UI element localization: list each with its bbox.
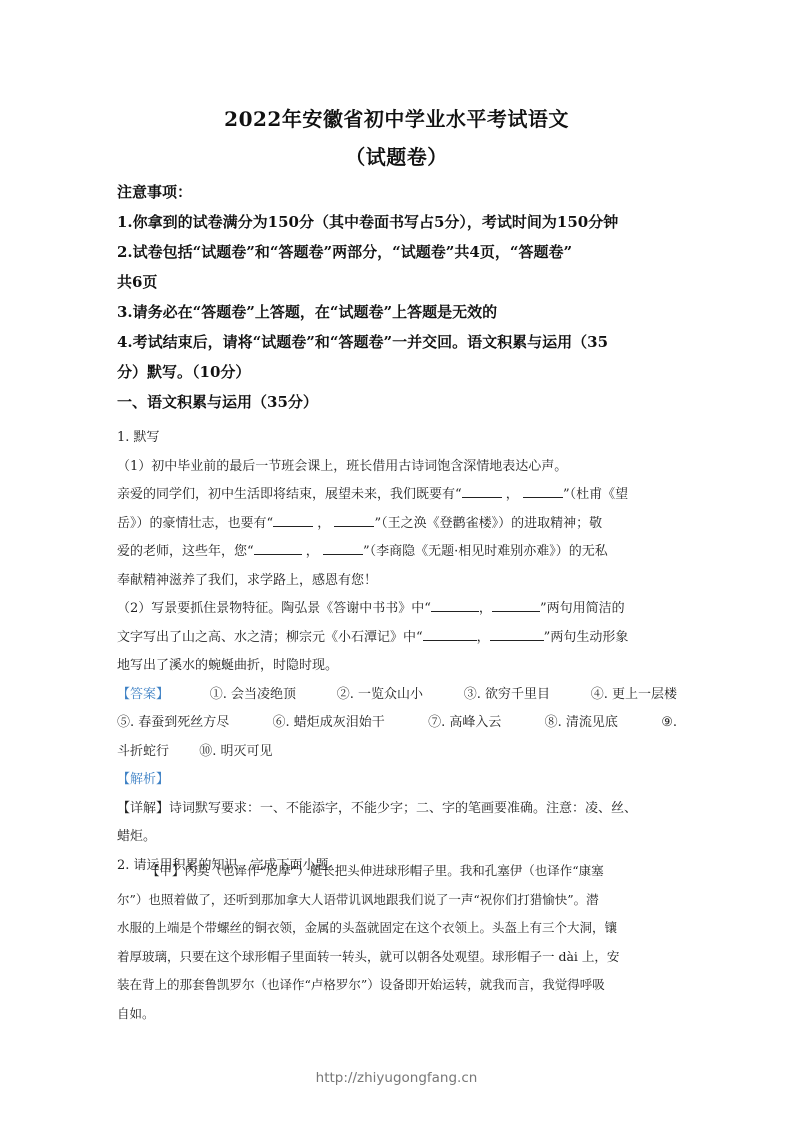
answer-item: ⑨. — [661, 709, 677, 738]
passage-line: 自如。 — [117, 1000, 677, 1029]
text: 亲爱的同学们，初中生活即将结束，展望未来，我们既要有“ — [117, 487, 462, 502]
answer-row-2: ⑤. 春蚕到死丝方尽 ⑥. 蜡炬成灰泪始干 ⑦. 高峰入云 ⑧. 清流见底 ⑨. — [117, 709, 677, 738]
answer-blank-7[interactable] — [431, 597, 479, 612]
passage-line: 水服的上端是个带螺丝的铜衣领，金属的头盔就固定在这个衣领上。头盔上有三个大洞，镶 — [117, 914, 677, 943]
answer-blank-5[interactable] — [254, 540, 302, 555]
reading-passage-jia: 【甲】内莫（也译作“尼摩”）艇长把头伸进球形帽子里。我和孔塞伊（也译作“康塞 尔… — [117, 857, 677, 1028]
text: ”两句用简洁的 — [540, 601, 625, 616]
answer-item: ①. 会当凌绝顶 — [210, 681, 296, 710]
analysis-label: 【解析】 — [117, 766, 677, 795]
page-subtitle: （试题卷） — [0, 141, 793, 170]
q1-part1-line4: 奉献精神滋养了我们，求学路上，感恩有您！ — [117, 567, 677, 596]
answer-blank-8[interactable] — [492, 597, 540, 612]
q1-part1-intro: （1）初中毕业前的最后一节班会课上，班长借用古诗词饱含深情地表达心声。 — [117, 453, 677, 482]
answer-item: ⑤. 春蚕到死丝方尽 — [117, 709, 229, 738]
notice-item-1: 1.你拿到的试卷满分为150分（其中卷面书写占5分），考试时间为150分钟 — [117, 207, 683, 237]
passage-line: 着厚玻璃，只要在这个球形帽子里面转一转头，就可以朝各处观望。球形帽子一 dài … — [117, 943, 677, 972]
answer-blank-2[interactable] — [523, 483, 563, 498]
answer-item: ②. 一览众山小 — [337, 681, 423, 710]
notice-item-4: 4.考试结束后，请将“试题卷”和“答题卷”一并交回。语文积累与运用（35 — [117, 327, 683, 357]
notice-heading: 注意事项： — [117, 177, 683, 207]
text: ”两句生动形象 — [544, 630, 629, 645]
section-heading: 一、语文积累与运用（35分） — [117, 387, 683, 417]
detail-line-2: 蜡炬。 — [117, 823, 677, 852]
text: ”（王之涣《登鹳雀楼》）的进取精神；敬 — [374, 516, 602, 531]
q1-part1-line1: 亲爱的同学们，初中生活即将结束，展望未来，我们既要有“ ， ”（杜甫《望 — [117, 481, 677, 510]
answer-blank-1[interactable] — [462, 483, 502, 498]
answer-item: ⑧. 清流见底 — [545, 709, 618, 738]
answer-blank-10[interactable] — [490, 626, 544, 641]
exam-page: 2022年安徽省初中学业水平考试语文 （试题卷） 注意事项： 1.你拿到的试卷满… — [0, 0, 793, 1122]
separator: ， — [477, 630, 490, 645]
notice-block: 注意事项： 1.你拿到的试卷满分为150分（其中卷面书写占5分），考试时间为15… — [117, 177, 683, 417]
q1-part1-line3: 爱的老师，这些年，您“ ， ”（李商隐《无题·相见时难别亦难》）的无私 — [117, 538, 677, 567]
footer-url: http://zhiyugongfang.cn — [0, 1070, 793, 1086]
question-1-label: 1. 默写 — [117, 424, 677, 453]
answer-row-3: 斗折蛇行 ⑩. 明灭可见 — [117, 738, 677, 767]
question-1: 1. 默写 （1）初中毕业前的最后一节班会课上，班长借用古诗词饱含深情地表达心声… — [117, 424, 677, 880]
answer-item: ④. 更上一层楼 — [591, 681, 677, 710]
text: 爱的老师，这些年，您“ — [117, 544, 254, 559]
q1-part2-line1: （2）写景要抓住景物特征。陶弘景《答谢中书书》中“，”两句用简洁的 — [117, 595, 677, 624]
text: （2）写景要抓住景物特征。陶弘景《答谢中书书》中“ — [117, 601, 431, 616]
answer-item: ③. 欲穷千里目 — [464, 681, 550, 710]
detail-line-1: 【详解】诗词默写要求：一、不能添字，不能少字；二、字的笔画要准确。注意：凌、丝、 — [117, 795, 677, 824]
text: 文字写出了山之高、水之清；柳宗元《小石潭记》中“ — [117, 630, 423, 645]
notice-item-2-cont: 共6页 — [117, 267, 683, 297]
notice-item-2: 2.试卷包括“试题卷”和“答题卷”两部分，“试题卷”共4页，“答题卷” — [117, 237, 683, 267]
answer-label: 【答案】 — [117, 681, 169, 710]
answer-item: 斗折蛇行 — [117, 744, 169, 759]
text: ”（李商隐《无题·相见时难别亦难》）的无私 — [363, 544, 608, 559]
notice-item-4-cont: 分）默写。（10分） — [117, 357, 683, 387]
separator: ， — [479, 601, 492, 616]
text: 岳》）的豪情壮志，也要有“ — [117, 516, 273, 531]
answer-blank-4[interactable] — [334, 512, 374, 527]
separator: ， — [306, 544, 319, 559]
answer-item: ⑩. 明灭可见 — [199, 744, 272, 759]
text: ”（杜甫《望 — [563, 487, 628, 502]
separator: ， — [506, 487, 519, 502]
q1-part1-line2: 岳》）的豪情壮志，也要有“ ， ”（王之涣《登鹳雀楼》）的进取精神；敬 — [117, 510, 677, 539]
notice-item-3: 3.请务必在“答题卷”上答题，在“试题卷”上答题是无效的 — [117, 297, 683, 327]
answer-item: ⑥. 蜡炬成灰泪始干 — [273, 709, 385, 738]
passage-line: 【甲】内莫（也译作“尼摩”）艇长把头伸进球形帽子里。我和孔塞伊（也译作“康塞 — [117, 857, 677, 886]
answer-blank-6[interactable] — [323, 540, 363, 555]
answer-blank-3[interactable] — [273, 512, 313, 527]
answer-blank-9[interactable] — [423, 626, 477, 641]
passage-line: 装在背上的那套鲁凯罗尔（也译作“卢格罗尔”）设备即开始运转，就我而言，我觉得呼吸 — [117, 971, 677, 1000]
q1-part2-line3: 地写出了溪水的蜿蜒曲折，时隐时现。 — [117, 652, 677, 681]
page-title: 2022年安徽省初中学业水平考试语文 — [0, 103, 793, 132]
separator: ， — [317, 516, 330, 531]
q1-part2-line2: 文字写出了山之高、水之清；柳宗元《小石潭记》中“，”两句生动形象 — [117, 624, 677, 653]
passage-line: 尔”）也照着做了，还听到那加拿大人语带讥讽地跟我们说了一声“祝你们打猎愉快”。潜 — [117, 886, 677, 915]
answer-item: ⑦. 高峰入云 — [428, 709, 501, 738]
answer-row-1: 【答案】 ①. 会当凌绝顶 ②. 一览众山小 ③. 欲穷千里目 ④. 更上一层楼 — [117, 681, 677, 710]
